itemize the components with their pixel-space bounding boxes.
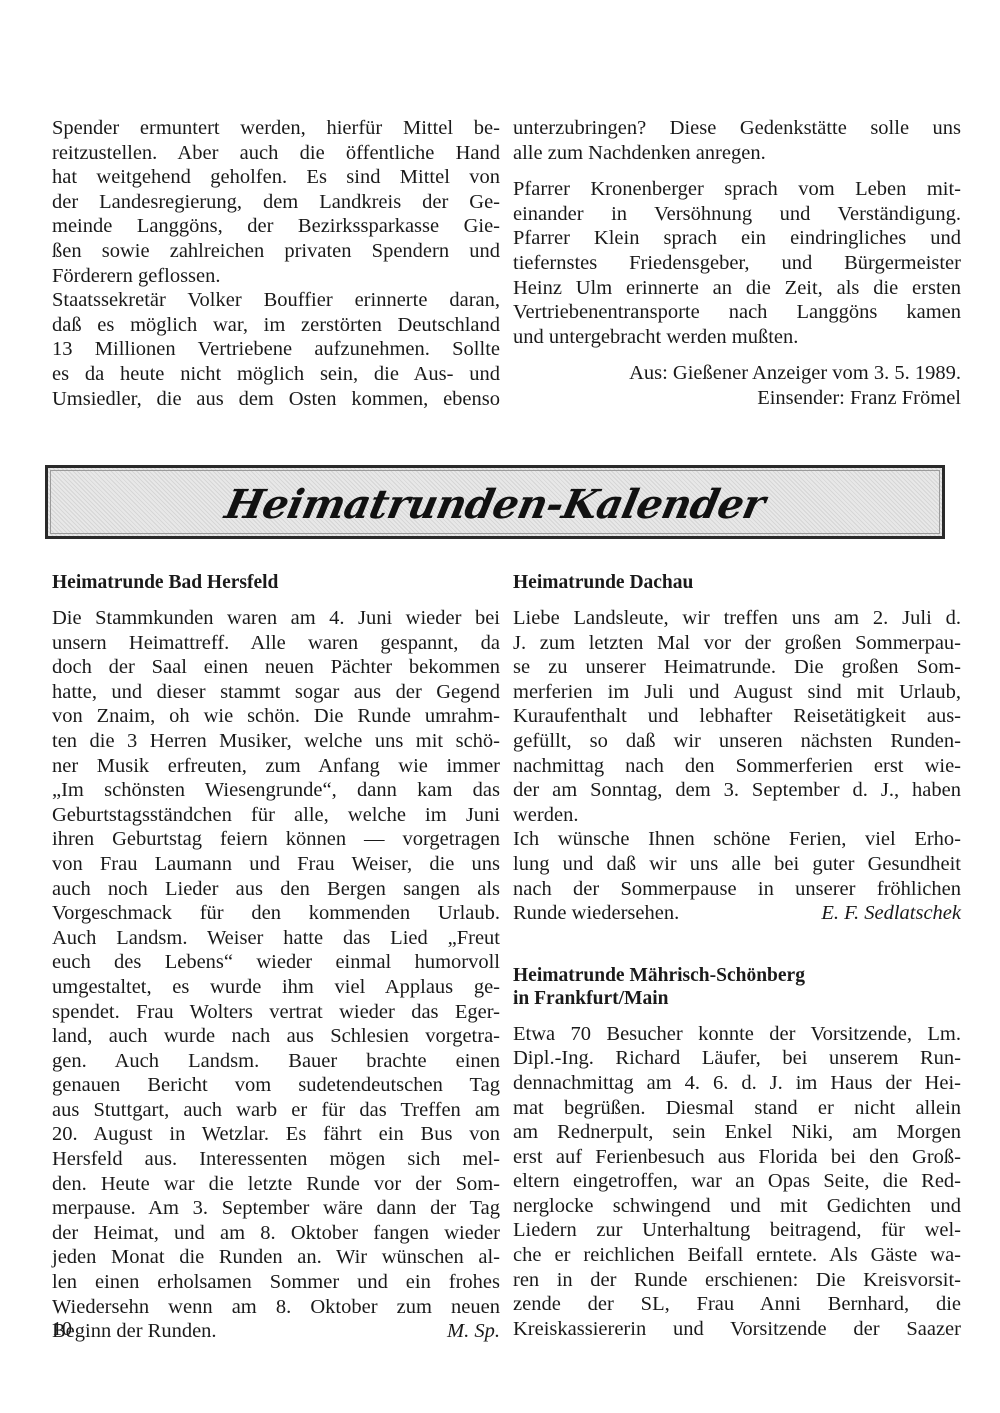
text-line: land, auch wurde nach aus Schlesien vorg…	[52, 1024, 500, 1049]
text-line: Kreiskassiererin und Vorsitzende der Saa…	[513, 1317, 961, 1342]
text-line: Die Stammkunden waren am 4. Juni wieder …	[52, 606, 500, 631]
text-line: aus Stuttgart, auch warb er für das Tref…	[52, 1098, 500, 1123]
text-line: meinde Langgöns, der Bezirkssparkasse Gi…	[52, 214, 500, 239]
source-citation: Aus: Gießener Anzeiger vom 3. 5. 1989.	[513, 361, 961, 386]
text-line: Beginn der Runden.	[52, 1319, 217, 1344]
text-line: einander in Versöhnung und Verständigung…	[513, 202, 961, 227]
page-number: 10	[52, 1318, 72, 1341]
text-line: am Rednerpult, sein Enkel Niki, am Morge…	[513, 1120, 961, 1145]
text-line: merferien im Juli und August sind mit Ur…	[513, 680, 961, 705]
text-line: len einen erholsamen Sommer und ein froh…	[52, 1270, 500, 1295]
text-line: spendet. Frau Wolters vertrat wieder das…	[52, 1000, 500, 1025]
text-line: gefüllt, so daß wir unseren nächsten Run…	[513, 729, 961, 754]
banner-title: Heimatrunden-Kalender	[221, 481, 769, 528]
text-line: genauen Bericht vom sudetendeutschen Tag	[52, 1073, 500, 1098]
text-line: Auch Landsm. Weiser hatte das Lied „Freu…	[52, 926, 500, 951]
text-line: den. Heute war die letzte Runde vor der …	[52, 1172, 500, 1197]
text-line: Spender ermuntert werden, hierfür Mittel…	[52, 116, 500, 141]
text-line: hat weitgehend geholfen. Es sind Mittel …	[52, 165, 500, 190]
text-line: Förderern geflossen.	[52, 264, 500, 289]
text-line: nach der Sommerpause in unserer fröhlich…	[513, 877, 961, 902]
text-line: J. zum letzten Mal vor der großen Sommer…	[513, 631, 961, 656]
text-line: jeden Monat die Runden an. Wir wünschen …	[52, 1245, 500, 1270]
heading-line: Heimatrunde Mährisch-Schönberg	[513, 965, 805, 986]
text-line: von Frau Laumann und Frau Weiser, die un…	[52, 852, 500, 877]
text-line: gen. Auch Landsm. Bauer brachte einen	[52, 1049, 500, 1074]
article-heading: Heimatrunde Dachau	[513, 571, 961, 594]
text-line: nachmittag nach den Sommerferien erst wi…	[513, 754, 961, 779]
author-signature: M. Sp.	[447, 1319, 500, 1344]
text-line: ihren Geburtstag feiern können — vorgetr…	[52, 827, 500, 852]
text-line: umgestaltet, es wurde ihm viel Applaus g…	[52, 975, 500, 1000]
text-line: alle zum Nachdenken anregen.	[513, 141, 961, 166]
text-line: Liedern zur Unterhaltung beitragend, für…	[513, 1218, 961, 1243]
text-line: Kuraufenthalt und lebhafter Reisetätigke…	[513, 704, 961, 729]
text-line: 13 Millionen Vertriebene aufzunehmen. So…	[52, 337, 500, 362]
text-line: doch der Saal einen neuen Pächter bekomm…	[52, 655, 500, 680]
text-line: nerglocke schwingend und mit Gedichten u…	[513, 1194, 961, 1219]
text-line: und untergebracht werden mußten.	[513, 325, 961, 350]
article-heading: Heimatrunde Mährisch-Schönberg in Frankf…	[513, 964, 961, 1010]
article-bad-hersfeld: Heimatrunde Bad Hersfeld Die Stammkunden…	[52, 571, 500, 1344]
text-line: hatte, und dieser stammt sogar aus der G…	[52, 680, 500, 705]
text-line: Etwa 70 Besucher konnte der Vorsitzende,…	[513, 1022, 961, 1047]
articles-right-column: Heimatrunde Dachau Liebe Landsleute, wir…	[513, 571, 961, 1341]
text-line: unsern Heimattreff. Alle waren gespannt,…	[52, 631, 500, 656]
article-continuation-right: unterzubringen? Diese Gedenkstätte solle…	[513, 116, 961, 411]
text-line: von Znaim, oh wie schön. Die Runde umrah…	[52, 704, 500, 729]
text-line: Wiedersehn wenn am 8. Oktober zum neuen	[52, 1295, 500, 1320]
text-line: che er reichlichen Beifall erntete. Als …	[513, 1243, 961, 1268]
text-line: tiefernstes Friedensgeber, und Bürgermei…	[513, 251, 961, 276]
text-line: ßen sowie zahlreichen privaten Spendern …	[52, 239, 500, 264]
text-line: eltern eingetroffen, war an Opas Seite, …	[513, 1169, 961, 1194]
text-line: Vorgeschmack für den kommenden Urlaub.	[52, 901, 500, 926]
text-line: merpause. Am 3. September wäre dann der …	[52, 1196, 500, 1221]
text-line: „Im schönsten Wiesengrunde“, dann kam da…	[52, 778, 500, 803]
text-line: ren in der Runde erschienen: Die Kreisvo…	[513, 1268, 961, 1293]
text-line: Ich wünsche Ihnen schöne Ferien, viel Er…	[513, 827, 961, 852]
text-line: Umsiedler, die aus dem Osten kommen, ebe…	[52, 387, 500, 412]
text-line: Staatssekretär Volker Bouffier erinnerte…	[52, 288, 500, 313]
author-signature: E. F. Sedlatschek	[821, 901, 961, 926]
text-line: ner Musik erfreuten, zum Anfang wie imme…	[52, 754, 500, 779]
text-line: unterzubringen? Diese Gedenkstätte solle…	[513, 116, 961, 141]
closing-line: Beginn der Runden. M. Sp.	[52, 1319, 500, 1344]
text-line: werden.	[513, 803, 961, 828]
heading-line: in Frankfurt/Main	[513, 988, 668, 1009]
sender-credit: Einsender: Franz Frömel	[513, 386, 961, 411]
text-line: der Landesregierung, dem Landkreis der G…	[52, 190, 500, 215]
text-line: der Heimat, und am 8. Oktober fangen wie…	[52, 1221, 500, 1246]
text-line: Hersfeld aus. Interessenten mögen sich m…	[52, 1147, 500, 1172]
text-line: auch noch Lieder aus den Bergen sangen a…	[52, 877, 500, 902]
text-line: Heinz Ulm erinnerte an die Zeit, als die…	[513, 276, 961, 301]
article-heading: Heimatrunde Bad Hersfeld	[52, 571, 500, 594]
text-line: Pfarrer Kronenberger sprach vom Leben mi…	[513, 177, 961, 202]
text-line: Runde wiedersehen.	[513, 901, 679, 926]
text-line: se zu unserer Heimatrunde. Die großen So…	[513, 655, 961, 680]
closing-line: Runde wiedersehen. E. F. Sedlatschek	[513, 901, 961, 926]
text-line: reitzustellen. Aber auch die öffentliche…	[52, 141, 500, 166]
text-line: es da heute nicht möglich sein, die Aus-…	[52, 362, 500, 387]
text-line: euch des Lebens“ wieder einmal humorvoll	[52, 950, 500, 975]
article-continuation-left: Spender ermuntert werden, hierfür Mittel…	[52, 116, 500, 411]
text-line: der am Sonntag, dem 3. September d. J., …	[513, 778, 961, 803]
text-line: erst auf Ferienbesuch aus Florida bei de…	[513, 1145, 961, 1170]
text-line: ten die 3 Herren Musiker, welche uns mit…	[52, 729, 500, 754]
text-line: 20. August in Wetzlar. Es fährt ein Bus …	[52, 1122, 500, 1147]
text-line: daß es möglich war, im zerstörten Deutsc…	[52, 313, 500, 338]
text-line: lung und daß wir uns alle bei guter Gesu…	[513, 852, 961, 877]
text-line: Geburtstagsständchen für alle, welche im…	[52, 803, 500, 828]
text-line: Dipl.-Ing. Richard Läufer, bei unserem R…	[513, 1046, 961, 1071]
text-line: Liebe Landsleute, wir treffen uns am 2. …	[513, 606, 961, 631]
text-line: dennachmittag am 4. 6. d. J. im Haus der…	[513, 1071, 961, 1096]
section-banner: Heimatrunden-Kalender	[45, 465, 945, 539]
text-line: mat begrüßen. Diesmal stand er nicht all…	[513, 1096, 961, 1121]
text-line: Vertriebenentransporte nach Langgöns kam…	[513, 300, 961, 325]
text-line: zende der SL, Frau Anni Bernhard, die	[513, 1292, 961, 1317]
text-line: Pfarrer Klein sprach ein eindringliches …	[513, 226, 961, 251]
